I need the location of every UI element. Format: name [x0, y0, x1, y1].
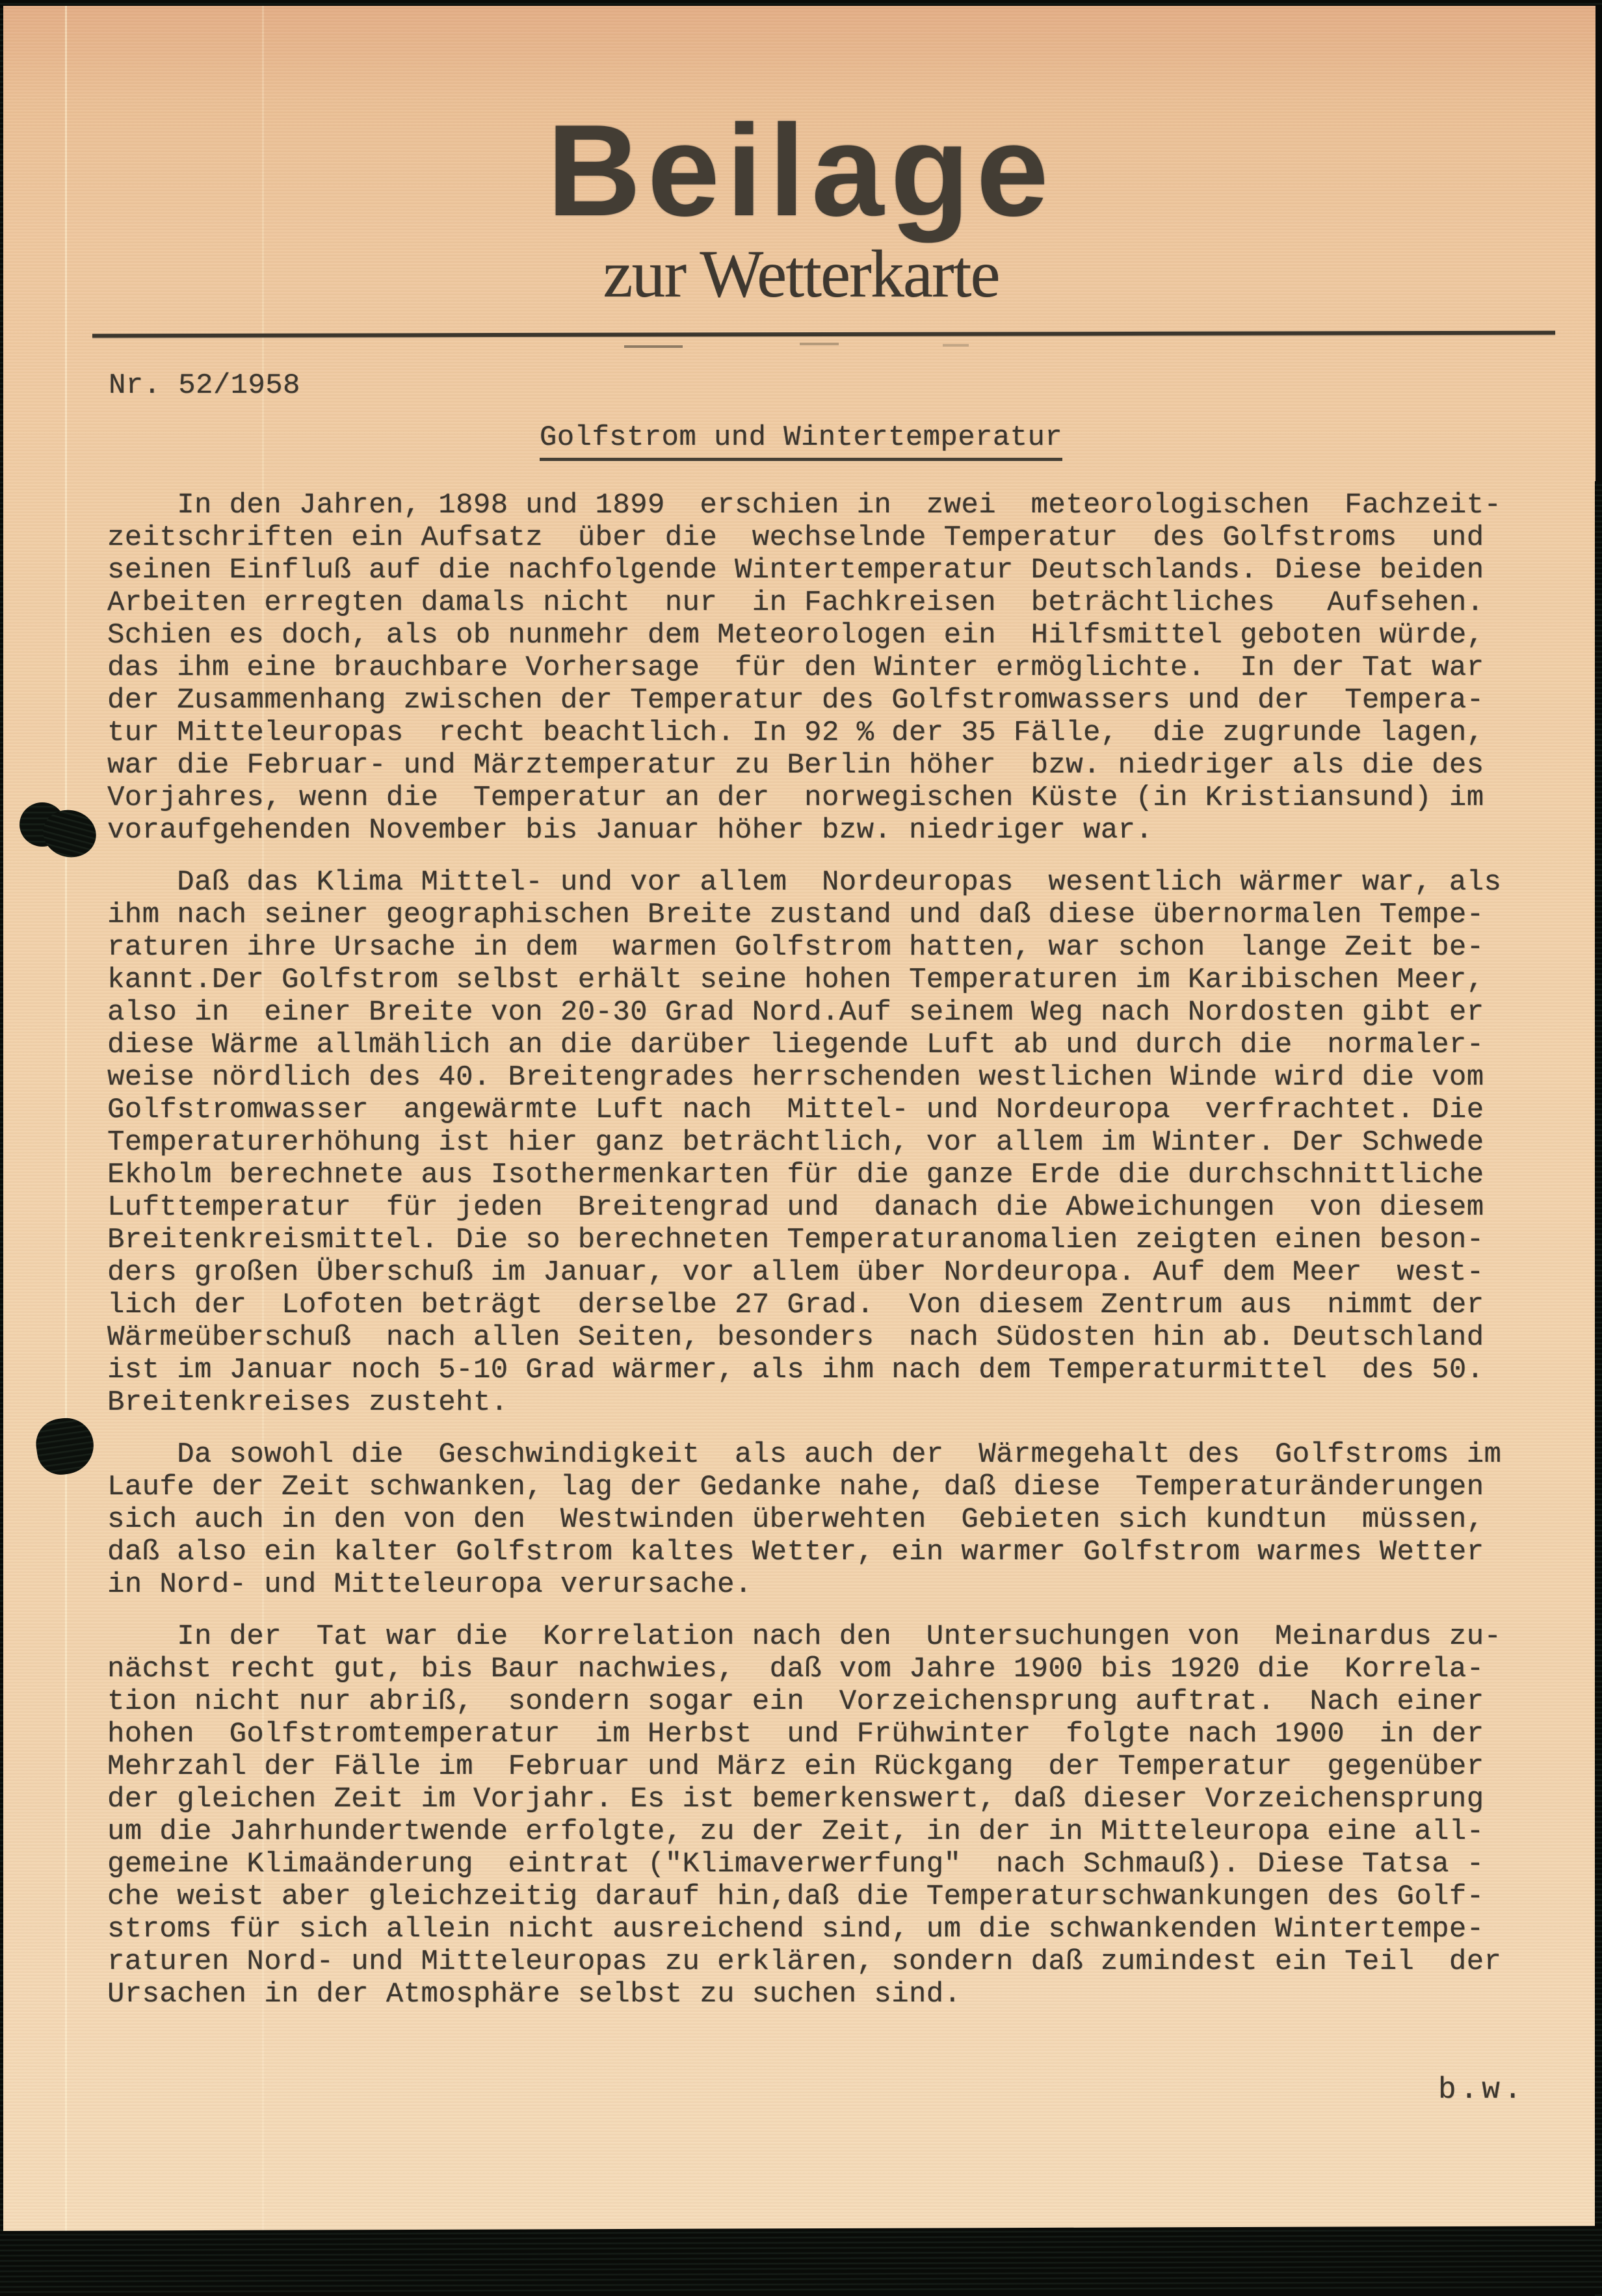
text-line: tion nicht nur abriß, sondern sogar ein … — [107, 1685, 1525, 1718]
text-line: Vorjahres, wenn die Temperatur an der no… — [107, 782, 1525, 814]
text-line: Ursachen in der Atmosphäre selbst zu suc… — [107, 1978, 1525, 2011]
text-line: weise nördlich des 40. Breitengrades her… — [107, 1061, 1525, 1094]
masthead-subtitle: zur Wetterkarte — [0, 235, 1602, 313]
paragraph: In der Tat war die Korrelation nach den … — [107, 1620, 1525, 2011]
scan-edge-bottom — [0, 2226, 1602, 2296]
text-line: lich der Lofoten beträgt derselbe 27 Gra… — [107, 1289, 1525, 1321]
text-line: sich auch in den von den Westwinden über… — [107, 1503, 1525, 1536]
text-line: der Zusammenhang zwischen der Temperatur… — [107, 684, 1525, 717]
text-line: raturen Nord- und Mitteleuropas zu erklä… — [107, 1946, 1525, 1978]
text-line: das ihm eine brauchbare Vorhersage für d… — [107, 652, 1525, 684]
masthead-title: Beilage — [0, 96, 1602, 246]
text-line: Arbeiten erregten damals nicht nur in Fa… — [107, 587, 1525, 619]
text-line: Schien es doch, als ob nunmehr dem Meteo… — [107, 619, 1525, 652]
text-line: In der Tat war die Korrelation nach den … — [107, 1620, 1525, 1653]
rule-smudge — [624, 345, 683, 348]
text-line: ihm nach seiner geographischen Breite zu… — [107, 899, 1525, 931]
text-line: ist im Januar noch 5-10 Grad wärmer, als… — [107, 1354, 1525, 1386]
text-line: Temperaturerhöhung ist hier ganz beträch… — [107, 1126, 1525, 1159]
text-line: Mehrzahl der Fälle im Februar und März e… — [107, 1750, 1525, 1783]
scanned-document-page: { "masthead": { "title": "Beilage", "sub… — [0, 0, 1602, 2296]
scan-edge-right — [1595, 481, 1602, 2296]
text-line: Wärmeüberschuß nach allen Seiten, besond… — [107, 1321, 1525, 1354]
text-line: um die Jahrhundertwende erfolgte, zu der… — [107, 1815, 1525, 1848]
text-line: In den Jahren, 1898 und 1899 erschien in… — [107, 489, 1525, 521]
footer-note: b.w. — [1438, 2073, 1525, 2107]
text-line: daß also ein kalter Golfstrom kaltes Wet… — [107, 1536, 1525, 1568]
paragraph: In den Jahren, 1898 und 1899 erschien in… — [107, 489, 1525, 847]
text-line: ders großen Überschuß im Januar, vor all… — [107, 1256, 1525, 1289]
article-title: Golfstrom und Wintertemperatur — [540, 421, 1062, 461]
text-line: Laufe der Zeit schwanken, lag der Gedank… — [107, 1471, 1525, 1503]
text-line: che weist aber gleichzeitig darauf hin,d… — [107, 1880, 1525, 1913]
rule-smudge — [800, 343, 839, 345]
text-line: tur Mitteleuropas recht beachtlich. In 9… — [107, 717, 1525, 749]
paragraph: Daß das Klima Mittel- und vor allem Nord… — [107, 866, 1525, 1419]
scan-edge-left — [0, 0, 3, 2296]
paragraph: Da sowohl die Geschwindigkeit als auch d… — [107, 1438, 1525, 1601]
text-line: in Nord- und Mitteleuropa verursache. — [107, 1568, 1525, 1601]
text-line: Breitenkreises zusteht. — [107, 1386, 1525, 1419]
text-line: war die Februar- und Märztemperatur zu B… — [107, 749, 1525, 782]
article-title-row: Golfstrom und Wintertemperatur — [0, 421, 1602, 461]
text-line: Breitenkreismittel. Die so berechneten T… — [107, 1224, 1525, 1256]
article-body: In den Jahren, 1898 und 1899 erschien in… — [107, 489, 1525, 2030]
text-line: also in einer Breite von 20-30 Grad Nord… — [107, 996, 1525, 1029]
issue-number: Nr. 52/1958 — [109, 369, 300, 402]
scan-edge-top — [0, 0, 1602, 6]
text-line: der gleichen Zeit im Vorjahr. Es ist bem… — [107, 1783, 1525, 1815]
text-line: Ekholm berechnete aus Isothermenkarten f… — [107, 1159, 1525, 1191]
text-line: hohen Golfstromtemperatur im Herbst und … — [107, 1718, 1525, 1750]
text-line: seinen Einfluß auf die nachfolgende Wint… — [107, 554, 1525, 587]
text-line: stroms für sich allein nicht ausreichend… — [107, 1913, 1525, 1946]
text-line: Lufttemperatur für jeden Breitengrad und… — [107, 1191, 1525, 1224]
text-line: Da sowohl die Geschwindigkeit als auch d… — [107, 1438, 1525, 1471]
text-line: gemeine Klimaänderung eintrat ("Klimaver… — [107, 1848, 1525, 1880]
text-line: zeitschriften ein Aufsatz über die wechs… — [107, 521, 1525, 554]
text-line: raturen ihre Ursache in dem warmen Golfs… — [107, 931, 1525, 964]
text-line: kannt.Der Golfstrom selbst erhält seine … — [107, 964, 1525, 996]
paper-fold-line — [65, 6, 67, 2232]
text-line: voraufgehenden November bis Januar höher… — [107, 814, 1525, 847]
text-line: Golfstromwasser angewärmte Luft nach Mit… — [107, 1094, 1525, 1126]
rule-smudge — [943, 344, 969, 347]
text-line: nächst recht gut, bis Baur nachwies, daß… — [107, 1653, 1525, 1685]
text-line: diese Wärme allmählich an die darüber li… — [107, 1029, 1525, 1061]
text-line: Daß das Klima Mittel- und vor allem Nord… — [107, 866, 1525, 899]
